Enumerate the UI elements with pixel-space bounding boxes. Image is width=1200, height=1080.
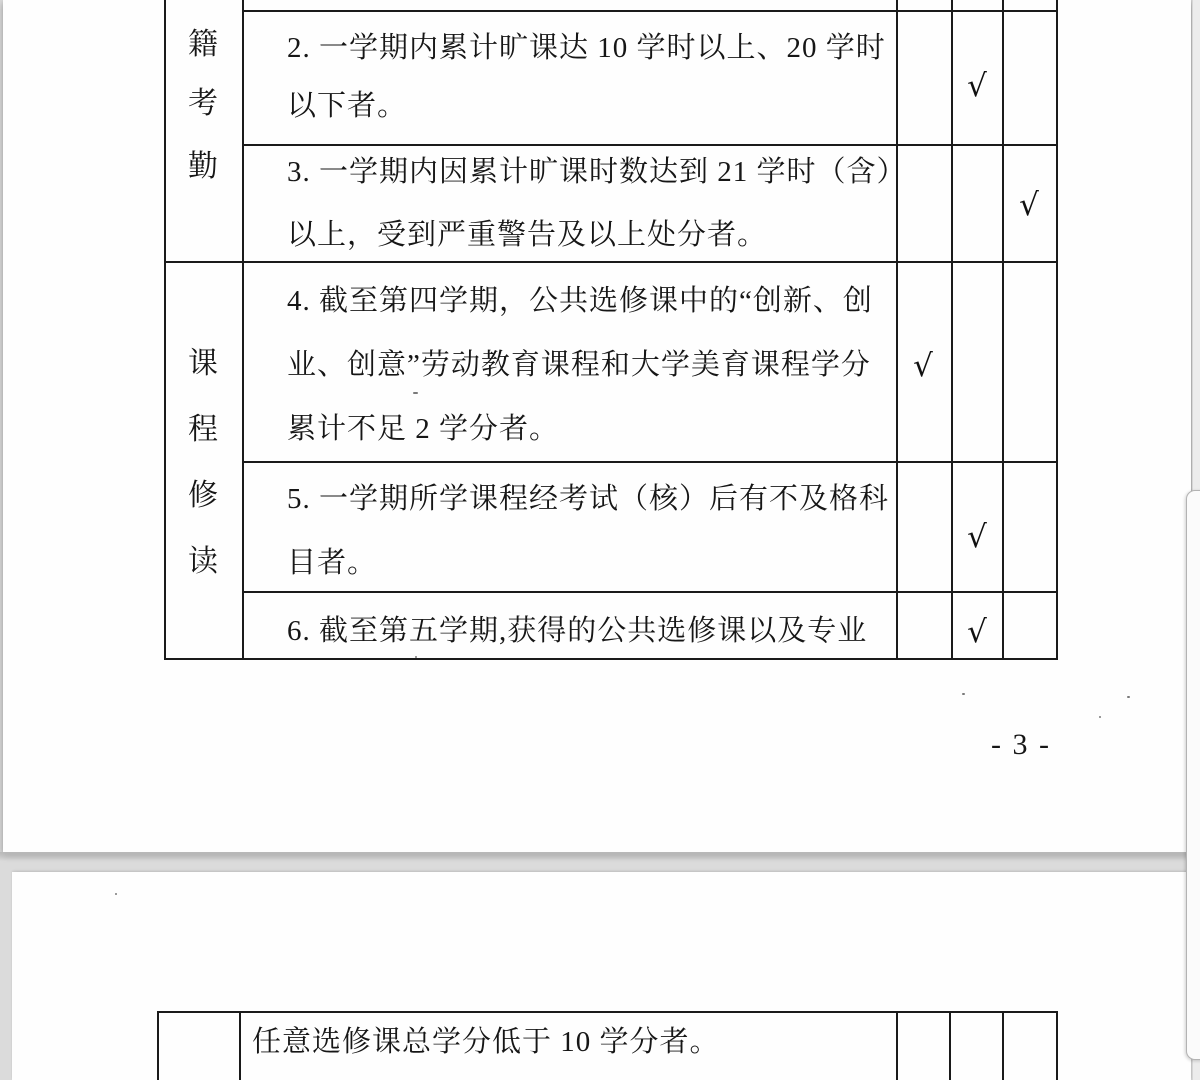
row-header-char: 修 bbox=[164, 478, 242, 514]
grid-line-horizontal bbox=[242, 144, 1058, 146]
table-cell-text-line: 4. 截至第四学期，公共选修课中的“创新、创 bbox=[287, 283, 873, 319]
grid-line-vertical bbox=[242, 0, 244, 658]
grid-line-vertical bbox=[1056, 1011, 1058, 1080]
table-cell-text-line: 3. 一学期内因累计旷课时数达到 21 学时（含） bbox=[287, 154, 907, 190]
row-header-char: 考 bbox=[164, 86, 242, 122]
document-page-1: 籍 考 勤 课 程 修 读 2. 一学期内累计旷课达 10 学时以上、20 学时… bbox=[3, 0, 1191, 852]
grid-line-horizontal bbox=[164, 261, 1058, 263]
row-header-char: 籍 bbox=[164, 27, 242, 63]
grid-line-horizontal bbox=[242, 591, 1058, 593]
scan-speck bbox=[415, 656, 417, 658]
grid-line-vertical bbox=[1002, 0, 1004, 658]
grid-line-horizontal bbox=[242, 461, 1058, 463]
grid-line-vertical bbox=[1056, 0, 1058, 660]
row-header-char: 课 bbox=[164, 346, 242, 382]
grid-line-horizontal bbox=[242, 10, 1058, 12]
scan-speck bbox=[413, 392, 418, 394]
page-number: - 3 - bbox=[975, 727, 1067, 763]
check-mark-row3: √ bbox=[1009, 187, 1049, 223]
table-cell-text-line: 以上，受到严重警告及以上处分者。 bbox=[287, 217, 767, 253]
scan-speck bbox=[115, 893, 117, 895]
check-mark-row2: √ bbox=[957, 68, 997, 104]
table-cell-text-line: 5. 一学期所学课程经考试（核）后有不及格科 bbox=[287, 481, 889, 517]
scan-speck bbox=[1127, 696, 1130, 698]
check-mark-row4: √ bbox=[903, 348, 943, 384]
scan-speck bbox=[1099, 716, 1101, 718]
grid-line-vertical bbox=[896, 1011, 898, 1080]
check-mark-row6: √ bbox=[957, 614, 997, 650]
check-mark-row5: √ bbox=[957, 519, 997, 555]
table-cell-text-line: 以下者。 bbox=[287, 88, 407, 124]
grid-line-vertical bbox=[157, 1011, 159, 1080]
grid-line-horizontal bbox=[164, 658, 1058, 660]
table-cell-text-line: 任意选修课总学分低于 10 学分者。 bbox=[252, 1024, 720, 1060]
table-cell-text-line: 累计不足 2 学分者。 bbox=[287, 411, 559, 447]
row-header-char: 程 bbox=[164, 412, 242, 448]
grid-line-vertical bbox=[949, 1011, 951, 1080]
grid-line-vertical bbox=[951, 0, 953, 658]
scrollbar-thumb[interactable] bbox=[1186, 490, 1200, 1060]
table-cell-text-line: 目者。 bbox=[287, 545, 377, 581]
grid-line-horizontal bbox=[157, 1011, 1058, 1013]
grid-line-vertical bbox=[1002, 1011, 1004, 1080]
page-gap-shadow bbox=[0, 852, 1200, 861]
scan-speck bbox=[962, 693, 965, 695]
grid-line-vertical bbox=[239, 1011, 241, 1080]
row-header-char: 勤 bbox=[164, 149, 242, 185]
grid-line-vertical bbox=[896, 0, 898, 658]
table-cell-text-line: 2. 一学期内累计旷课达 10 学时以上、20 学时 bbox=[287, 30, 886, 66]
table-cell-text-line: 6. 截至第五学期,获得的公共选修课以及专业 bbox=[287, 613, 867, 649]
document-page-2: 任意选修课总学分低于 10 学分者。 bbox=[12, 872, 1191, 1080]
row-header-char: 读 bbox=[164, 544, 242, 580]
document-viewer-canvas: 籍 考 勤 课 程 修 读 2. 一学期内累计旷课达 10 学时以上、20 学时… bbox=[0, 0, 1200, 1080]
table-cell-text-line: 业、创意”劳动教育课程和大学美育课程学分 bbox=[287, 347, 871, 383]
